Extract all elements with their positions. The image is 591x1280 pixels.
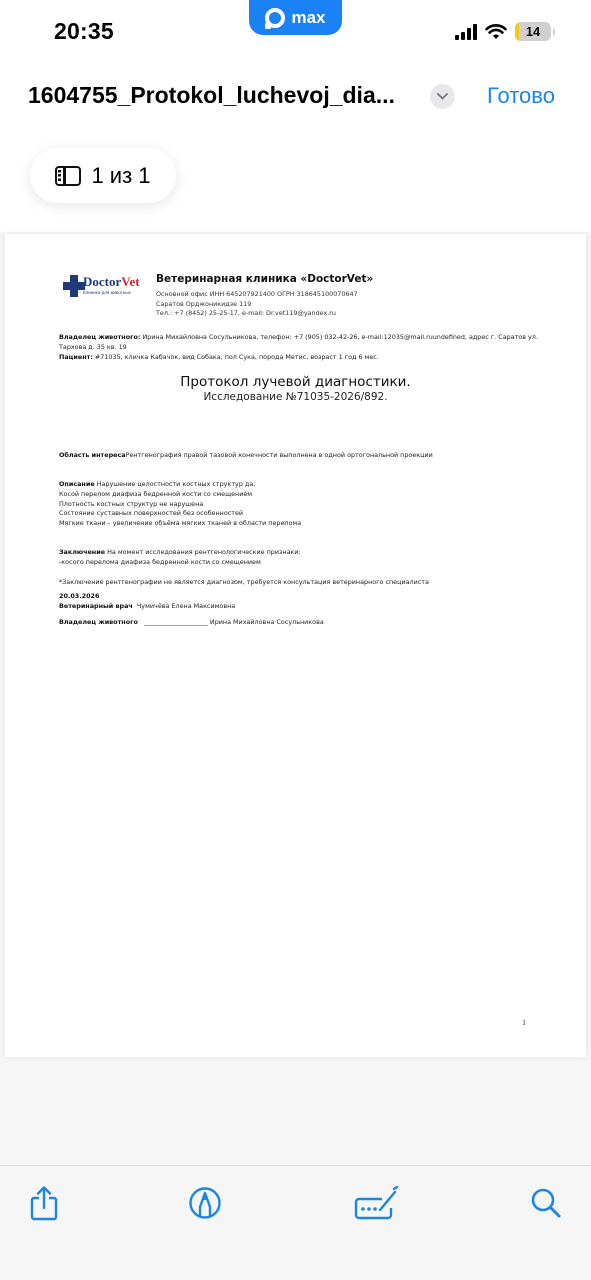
done-button[interactable]: Готово — [487, 83, 555, 109]
patient-text: #71035, кличка Кабачок, вид Собака, пол … — [93, 353, 379, 361]
conclusion-block: Заключение На момент исследования рентге… — [59, 548, 301, 568]
max-logo-icon — [265, 8, 285, 28]
owner-text-cont: Тархова д. 35 кв. 19 — [59, 343, 538, 353]
max-label: max — [291, 8, 325, 28]
patient-label: Пациент: — [59, 353, 93, 361]
clinic-line: Саратов Орджоникидзе 119 — [156, 300, 373, 310]
clinic-name: Ветеринарная клиника «DoctorVet» — [156, 273, 373, 285]
battery-level: 14 — [526, 24, 540, 39]
status-indicators: 14 — [455, 22, 555, 41]
document-title[interactable]: 1604755_Protokol_luchevoj_dia... — [28, 82, 395, 109]
owner-block: Владелец животного: Ирина Михайловна Сос… — [59, 333, 538, 362]
vet-label: Ветеринарный врач — [59, 602, 133, 610]
owner-sign-line: ____________________ — [144, 618, 208, 626]
search-button[interactable] — [526, 1183, 566, 1223]
status-time: 20:35 — [54, 18, 114, 45]
chevron-down-icon[interactable] — [430, 84, 455, 109]
owner-label: Владелец животного: — [59, 333, 140, 341]
area-label: Область интереса — [59, 451, 126, 459]
description-line: Мягкие ткани – увеличение объёма мягких … — [59, 519, 301, 529]
share-icon — [29, 1185, 59, 1221]
medical-cross-icon — [63, 275, 85, 297]
description-line: Состояние суставных поверхностей без осо… — [59, 509, 301, 519]
description-line: Нарушение целостности костных структур д… — [95, 480, 256, 488]
owner-sign-name: Ирина Михайловна Сосульникова — [210, 618, 324, 626]
report-date: 20.03.2026 — [59, 592, 99, 600]
description-label: Описание — [59, 480, 95, 488]
disclaimer: *Заключение рентгенографии не является д… — [59, 578, 429, 588]
area-of-interest: Область интересаРентгенография правой та… — [59, 451, 433, 461]
battery-icon: 14 — [515, 22, 551, 41]
logo-brand: DoctorVet — [83, 274, 140, 290]
search-icon — [530, 1187, 562, 1219]
max-app-badge[interactable]: max — [249, 0, 342, 35]
page-indicator-button[interactable]: 1 из 1 — [30, 148, 176, 203]
signature-icon — [354, 1186, 400, 1220]
logo-brand-accent: Vet — [121, 274, 139, 289]
document-page[interactable]: DoctorVet Клиника для животных Ветеринар… — [5, 234, 586, 1057]
protocol-subtitle: Исследование №71035-2026/892. — [5, 391, 586, 403]
description-line: Косой перелом диафиза бедренной кости со… — [59, 490, 301, 500]
protocol-title: Протокол лучевой диагностики. — [5, 374, 586, 390]
page-indicator-label: 1 из 1 — [91, 163, 150, 189]
signature-block: 20.03.2026 Ветеринарный врач Чумичёва Ел… — [59, 592, 324, 627]
page-number: 1 — [522, 1018, 526, 1027]
clinic-line: Основной офис ИНН 645207921400 ОГРН 3186… — [156, 290, 373, 300]
share-button[interactable] — [24, 1183, 64, 1223]
description-block: Описание Нарушение целостности костных с… — [59, 480, 301, 529]
area-text: Рентгенография правой тазовой конечности… — [126, 451, 433, 459]
owner-text: Ирина Михайловна Сосульникова, телефон: … — [140, 333, 538, 341]
vet-name: Чумичёва Елена Максимовна — [137, 602, 235, 610]
conclusion-line: На момент исследования рентгенологически… — [105, 548, 301, 556]
bottom-toolbar — [0, 1165, 591, 1280]
logo-brand-text: Doctor — [83, 274, 121, 289]
conclusion-line: -косого перелома диафиза бедренной кости… — [59, 558, 301, 568]
clinic-line: Тел.: +7 (8452) 25-25-17, e-mail: Dr.vet… — [156, 309, 373, 319]
markup-button[interactable] — [185, 1183, 225, 1223]
sidebar-icon — [55, 166, 81, 186]
wifi-icon — [485, 24, 507, 40]
clinic-header: Ветеринарная клиника «DoctorVet» Основно… — [156, 273, 373, 319]
conclusion-label: Заключение — [59, 548, 105, 556]
logo-tagline: Клиника для животных — [83, 290, 131, 295]
description-line: Плотность костных структур не нарушена — [59, 500, 301, 510]
markup-icon — [188, 1186, 222, 1220]
doctorvet-logo: DoctorVet Клиника для животных — [63, 271, 145, 301]
owner-sign-label: Владелец животного — [59, 618, 138, 626]
signature-button[interactable] — [353, 1183, 401, 1223]
cellular-signal-icon — [455, 24, 477, 40]
battery-tip — [553, 29, 555, 35]
